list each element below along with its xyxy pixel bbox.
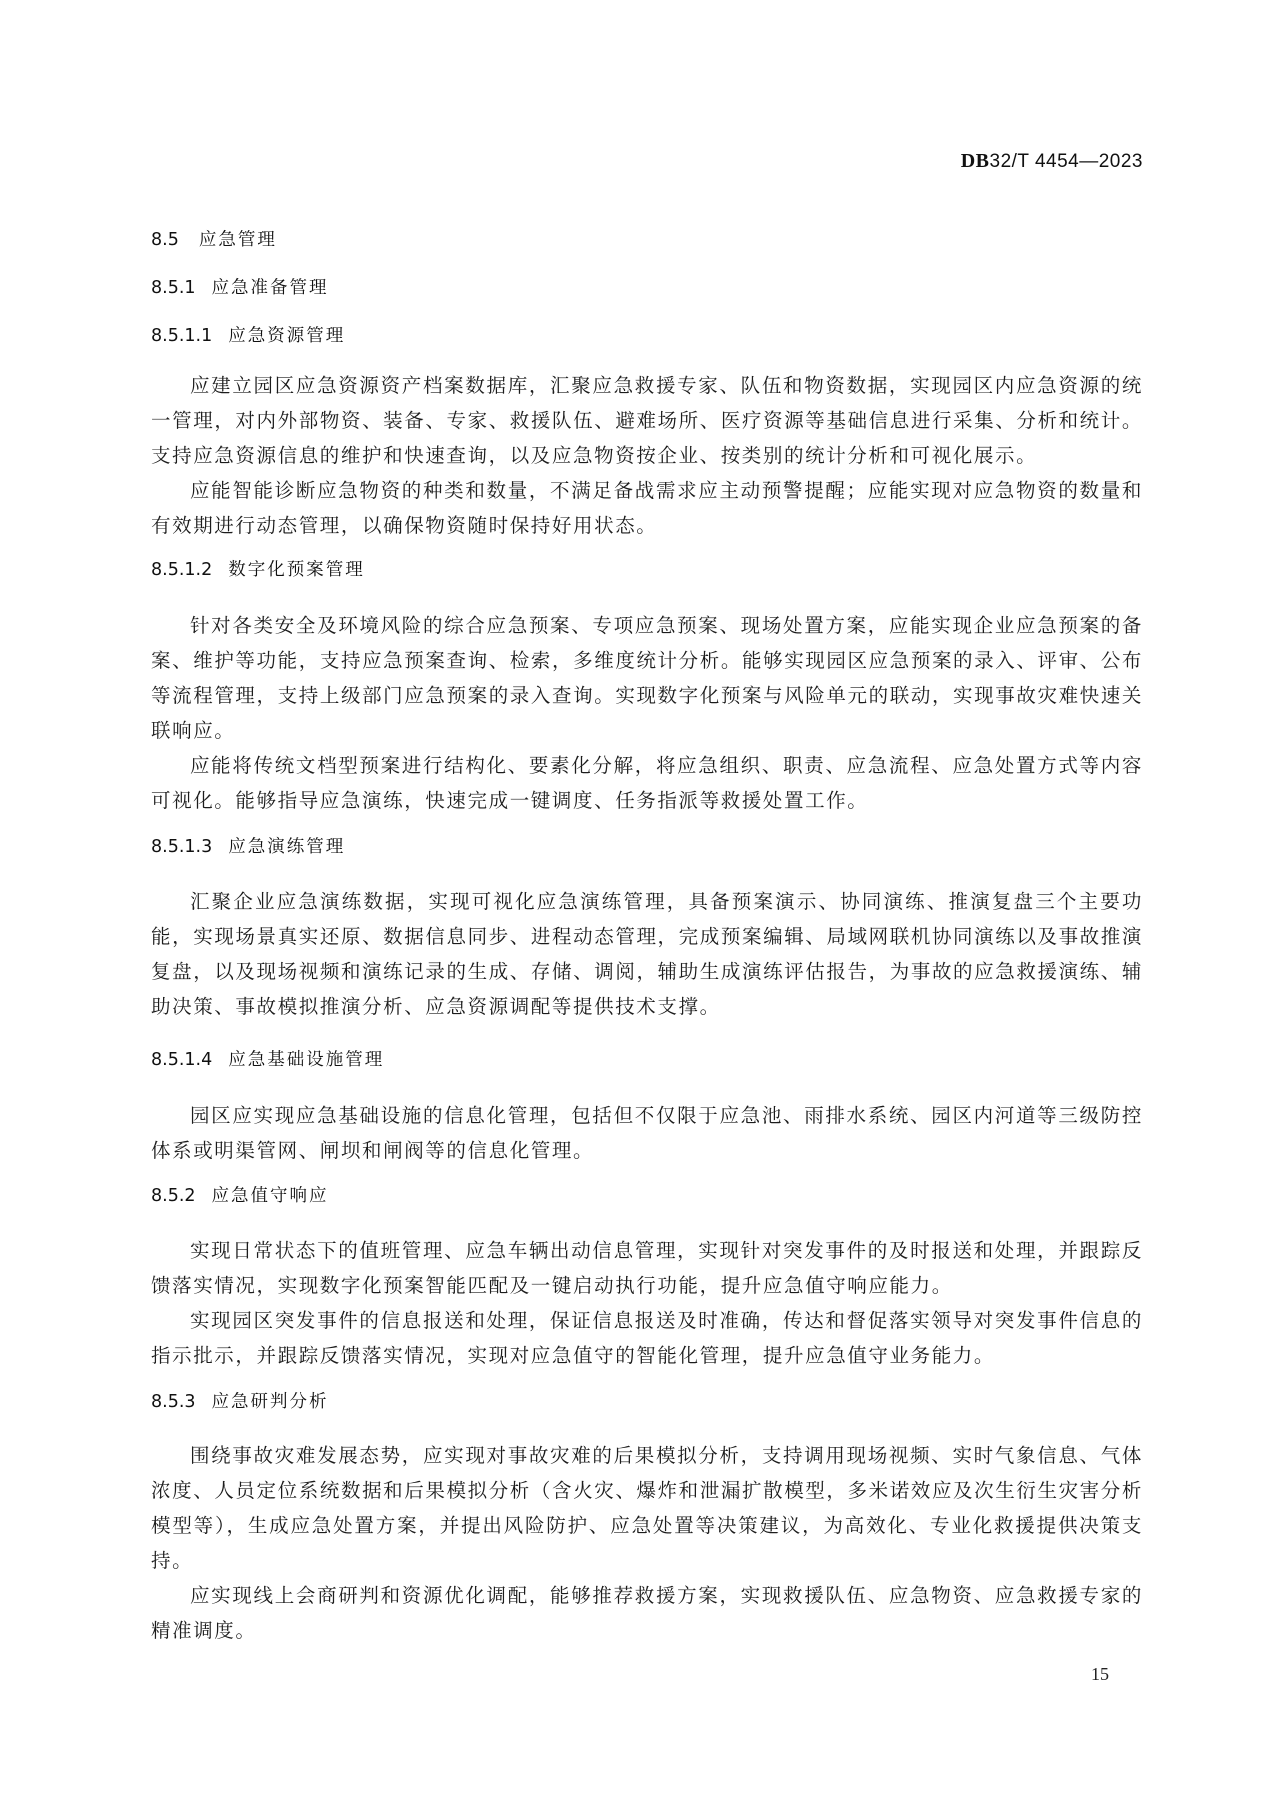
section-heading-8-5-1: 8.5.1应急准备管理	[151, 274, 329, 299]
section-number: 8.5.1.2	[151, 560, 212, 580]
paragraph: 实现园区突发事件的信息报送和处理，保证信息报送及时准确，传达和督促落实领导对突发…	[151, 1303, 1143, 1373]
section-title: 应急演练管理	[228, 833, 345, 858]
section-number: 8.5	[151, 230, 179, 250]
document-code-number: 32/T 4454—2023	[990, 151, 1144, 172]
paragraph: 汇聚企业应急演练数据，实现可视化应急演练管理，具备预案演示、协同演练、推演复盘三…	[151, 884, 1143, 1024]
section-heading-8-5-1-3: 8.5.1.3应急演练管理	[151, 833, 345, 858]
paragraph: 针对各类安全及环境风险的综合应急预案、专项应急预案、现场处置方案，应能实现企业应…	[151, 608, 1143, 748]
section-title: 应急管理	[199, 226, 277, 251]
section-number: 8.5.2	[151, 1186, 196, 1206]
paragraph: 园区应实现应急基础设施的信息化管理，包括但不仅限于应急池、雨排水系统、园区内河道…	[151, 1098, 1143, 1168]
section-number: 8.5.1.1	[151, 326, 212, 346]
section-title: 数字化预案管理	[228, 556, 365, 581]
document-code-prefix: DB	[961, 150, 990, 172]
section-title: 应急准备管理	[212, 274, 329, 299]
paragraph: 实现日常状态下的值班管理、应急车辆出动信息管理，实现针对突发事件的及时报送和处理…	[151, 1233, 1143, 1303]
paragraph: 应建立园区应急资源资产档案数据库，汇聚应急救援专家、队伍和物资数据，实现园区内应…	[151, 368, 1143, 473]
section-number: 8.5.1.3	[151, 837, 212, 857]
document-page: DB32/T 4454—2023 8.5应急管理 8.5.1应急准备管理 8.5…	[0, 0, 1280, 1810]
section-title: 应急基础设施管理	[228, 1046, 384, 1071]
section-number: 8.5.1.4	[151, 1050, 212, 1070]
page-number: 15	[1091, 1664, 1109, 1685]
section-heading-8-5-1-2: 8.5.1.2数字化预案管理	[151, 556, 365, 581]
section-title: 应急值守响应	[212, 1182, 329, 1207]
document-code: DB32/T 4454—2023	[961, 150, 1143, 173]
section-number: 8.5.3	[151, 1392, 196, 1412]
section-heading-8-5-1-4: 8.5.1.4应急基础设施管理	[151, 1046, 384, 1071]
section-title: 应急研判分析	[212, 1388, 329, 1413]
section-title: 应急资源管理	[228, 322, 345, 347]
section-heading-8-5-2: 8.5.2应急值守响应	[151, 1182, 329, 1207]
paragraph: 围绕事故灾难发展态势，应实现对事故灾难的后果模拟分析，支持调用现场视频、实时气象…	[151, 1438, 1143, 1578]
section-number: 8.5.1	[151, 278, 196, 298]
paragraph: 应实现线上会商研判和资源优化调配，能够推荐救援方案，实现救援队伍、应急物资、应急…	[151, 1578, 1143, 1648]
paragraph: 应能将传统文档型预案进行结构化、要素化分解，将应急组织、职责、应急流程、应急处置…	[151, 748, 1143, 818]
section-heading-8-5-1-1: 8.5.1.1应急资源管理	[151, 322, 345, 347]
section-heading-8-5-3: 8.5.3应急研判分析	[151, 1388, 329, 1413]
paragraph: 应能智能诊断应急物资的种类和数量，不满足备战需求应主动预警提醒；应能实现对应急物…	[151, 473, 1143, 543]
section-heading-8-5: 8.5应急管理	[151, 226, 277, 251]
